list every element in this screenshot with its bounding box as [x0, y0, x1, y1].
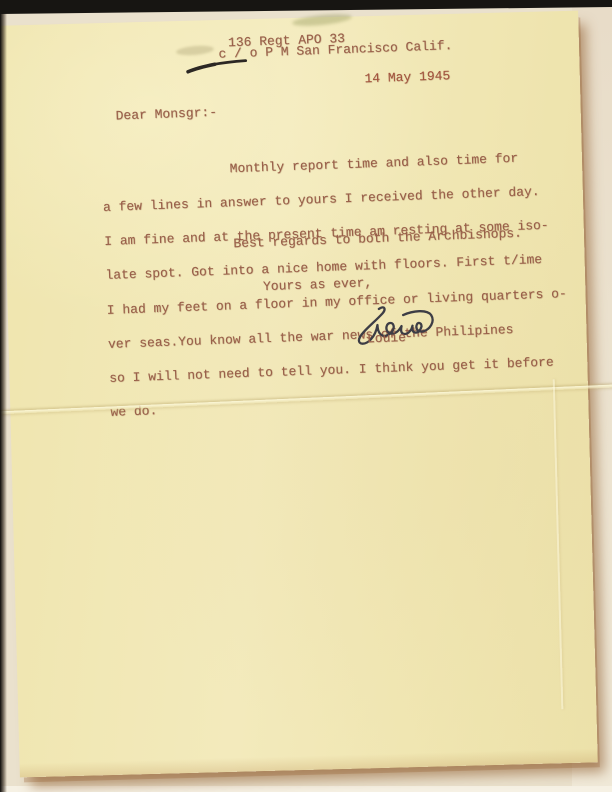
scanner-background-bottom	[0, 786, 612, 792]
handwritten-dash-stroke	[186, 58, 251, 75]
scanned-letter-page: 136 Regt APO 33 c / o P M San Francisco …	[0, 0, 612, 792]
body-line: a few lines in answer to yours I receive…	[103, 185, 573, 214]
typed-letter-text: 136 Regt APO 33 c / o P M San Francisco …	[0, 8, 604, 781]
body-line: I had my feet on a floor in my office or…	[107, 287, 577, 316]
typed-signature-name: Louie	[367, 332, 406, 345]
scanner-edge-left	[0, 0, 7, 792]
body-line: Monthly report time and also time for	[102, 151, 572, 180]
body-line: ver seas.You know all the war news of th…	[108, 321, 578, 350]
letter-sheet: 136 Regt APO 33 c / o P M San Francisco …	[0, 11, 597, 778]
letter-date: 14 May 1945	[364, 70, 450, 85]
closing-line: Yours as ever,	[263, 277, 373, 292]
body-line: so I will not need to tell you. I think …	[109, 356, 579, 385]
salutation: Dear Monsgr:-	[115, 107, 217, 122]
